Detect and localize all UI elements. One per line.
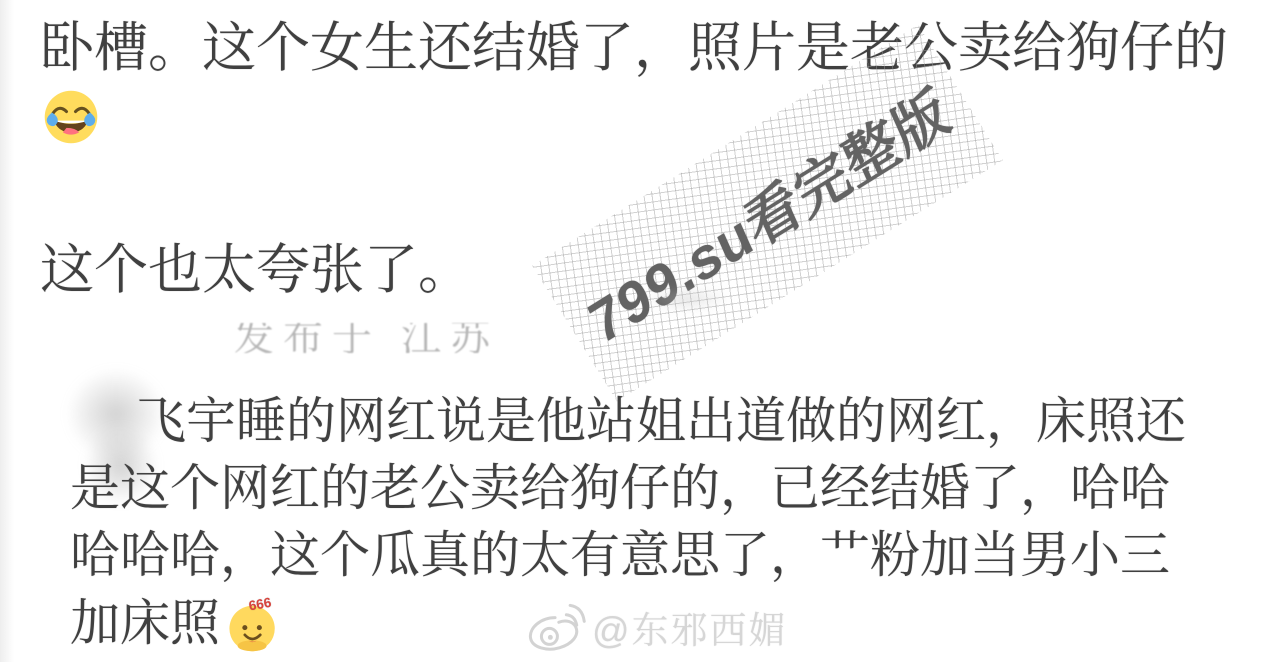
tears-of-joy-emoji-icon <box>42 88 100 146</box>
weibo-credit-watermark: @东邪西媚 <box>524 598 788 656</box>
faded-location-meta: 发布于 江苏 <box>234 323 564 353</box>
weibo-credit-text: @东邪西媚 <box>592 600 788 654</box>
paragraph-line-4-text: 加床照 <box>70 594 220 652</box>
diagonal-watermark-text: 799.su看完整版 <box>574 65 960 361</box>
666-emoji-label: 666 <box>247 595 272 613</box>
faded-location-text: 发布于 江苏 <box>234 323 564 353</box>
paragraph-line-4: 加床照 666 <box>70 593 282 653</box>
diagonal-watermark-band: 799.su看完整版 <box>532 25 1003 402</box>
top-comment-text: 卧槽。这个女生还结婚了，照片是老公卖给狗仔的 <box>40 18 1228 78</box>
paragraph-line-1: 飞宇睡的网红说是他站姐出道做的网红，床照还 <box>136 392 1186 450</box>
second-comment-text: 这个也太夸张了。 <box>40 240 472 300</box>
weibo-icon <box>524 598 588 656</box>
page-edge-shading <box>0 0 14 662</box>
paragraph-line-3: 哈哈哈，这个瓜真的太有意思了，艹粉加当男小三 <box>70 526 1170 584</box>
666-face-emoji-icon: 666 <box>224 595 282 653</box>
paragraph-line-2: 是这个网红的老公卖给狗仔的，已经结婚了，哈哈 <box>70 459 1170 517</box>
